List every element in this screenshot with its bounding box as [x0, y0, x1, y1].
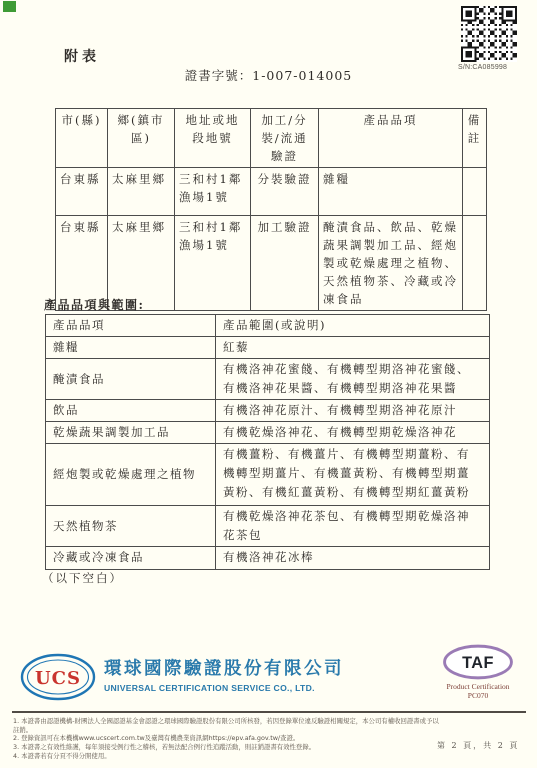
ucs-logo-icon: UCS: [20, 653, 96, 701]
taf-caption: Product Certification PC070: [441, 682, 515, 700]
table-row: 冷藏或冷凍食品 有機洛神花冰棒: [46, 547, 490, 570]
cell-product-scope: 有機洛神花蜜餞、有機轉型期洛神花蜜餞、有機洛神花果醬、有機轉型期洛神花果醬: [216, 359, 490, 400]
cell-product-item: 乾燥蔬果調製加工品: [46, 422, 216, 444]
company-name-block: 環球國際驗證股份有限公司 UNIVERSAL CERTIFICATION SER…: [104, 655, 344, 693]
cell-products: 醃漬食品、飲品、乾燥蔬果調製加工品、經炮製或乾燥處理之植物、天然植物茶、冷藏或冷…: [319, 216, 463, 311]
ucs-logo-text: UCS: [35, 668, 81, 689]
header-verification: 加工/分裝/流通驗證: [251, 109, 319, 168]
cell-product-scope: 有機洛神花冰棒: [216, 547, 490, 570]
taf-logo-text: TAF: [462, 654, 494, 672]
header-product-item: 產品品項: [46, 315, 216, 337]
cell-verification: 分裝驗證: [251, 168, 319, 216]
page-number: 第 2 頁，共 2 頁: [437, 740, 519, 751]
cell-address: 三和村1鄰漁場1號: [175, 168, 251, 216]
header-products: 產品品項: [319, 109, 463, 168]
header-product-scope: 產品範圍(或說明): [216, 315, 490, 337]
table-row: 飲品 有機洛神花原汁、有機轉型期洛神花原汁: [46, 400, 490, 422]
footnote-1: 1. 本證書由認證機構-財團法人全國認證基金會認證之環球國際驗證股份有限公司所核…: [13, 717, 443, 734]
cell-product-scope: 有機薑粉、有機薑片、有機轉型期薑粉、有機轉型期薑片、有機薑黃粉、有機轉型期薑黃粉…: [216, 444, 490, 506]
header-township: 鄉(鎮市區): [108, 109, 175, 168]
cell-product-item: 冷藏或冷凍食品: [46, 547, 216, 570]
cell-address: 三和村1鄰漁場1號: [175, 216, 251, 311]
cell-verification: 加工驗證: [251, 216, 319, 311]
cell-product-item: 天然植物茶: [46, 506, 216, 547]
taf-logo-icon: TAF: [442, 644, 514, 680]
cell-product-scope: 紅藜: [216, 337, 490, 359]
scope-table-header-row: 產品品項 產品範圍(或說明): [46, 315, 490, 337]
qr-code-graphic: [461, 6, 517, 62]
scope-section-title: 產品品項與範圍:: [44, 296, 144, 313]
site-table-header-row: 市(縣) 鄉(鎮市區) 地址或地段地號 加工/分裝/流通驗證 產品品項 備註: [56, 109, 487, 168]
ucs-logo: UCS: [20, 653, 96, 701]
cell-product-item: 雜糧: [46, 337, 216, 359]
table-row: 醃漬食品 有機洛神花蜜餞、有機轉型期洛神花蜜餞、有機洛神花果醬、有機轉型期洛神花…: [46, 359, 490, 400]
header-county: 市(縣): [56, 109, 108, 168]
company-name-zh: 環球國際驗證股份有限公司: [104, 655, 344, 680]
taf-caption-line2: PC070: [441, 691, 515, 700]
appendix-title: 附表: [64, 46, 100, 66]
cell-county: 台東縣: [56, 168, 108, 216]
table-row: 雜糧 紅藜: [46, 337, 490, 359]
cell-product-item: 醃漬食品: [46, 359, 216, 400]
qr-code: [461, 6, 517, 62]
green-corner-mark: [3, 1, 16, 12]
footer-divider: [12, 711, 526, 713]
site-table: 市(縣) 鄉(鎮市區) 地址或地段地號 加工/分裝/流通驗證 產品品項 備註 台…: [55, 108, 487, 311]
cell-note: [463, 216, 487, 311]
scope-table: 產品品項 產品範圍(或說明) 雜糧 紅藜 醃漬食品 有機洛神花蜜餞、有機轉型期洛…: [45, 314, 490, 570]
cell-products: 雜糧: [319, 168, 463, 216]
blank-below-note: （以下空白）: [42, 570, 123, 586]
cell-note: [463, 168, 487, 216]
table-row: 經炮製或乾燥處理之植物 有機薑粉、有機薑片、有機轉型期薑粉、有機轉型期薑片、有機…: [46, 444, 490, 506]
table-row: 天然植物茶 有機乾燥洛神花茶包、有機轉型期乾燥洛神花茶包: [46, 506, 490, 547]
table-row: 乾燥蔬果調製加工品 有機乾燥洛神花、有機轉型期乾燥洛神花: [46, 422, 490, 444]
cell-product-scope: 有機洛神花原汁、有機轉型期洛神花原汁: [216, 400, 490, 422]
cell-township: 太麻里鄉: [108, 168, 175, 216]
footnote-2: 2. 登錄資訊可在本機構www.ucscert.com.tw及臺灣有機農業資訊網…: [13, 734, 443, 743]
company-name-en: UNIVERSAL CERTIFICATION SERVICE CO., LTD…: [104, 683, 344, 693]
footnote-3: 3. 本證書之有效性維護，每年須接受例行性之稽核，若無法配合例行性追蹤活動，則註…: [13, 743, 443, 752]
cell-product-scope: 有機乾燥洛神花茶包、有機轉型期乾燥洛神花茶包: [216, 506, 490, 547]
cell-product-item: 飲品: [46, 400, 216, 422]
cell-product-scope: 有機乾燥洛神花、有機轉型期乾燥洛神花: [216, 422, 490, 444]
footnotes: 1. 本證書由認證機構-財團法人全國認證基金會認證之環球國際驗證股份有限公司所核…: [13, 717, 443, 761]
cell-product-item: 經炮製或乾燥處理之植物: [46, 444, 216, 506]
table-row: 台東縣 太麻里鄉 三和村1鄰漁場1號 分裝驗證 雜糧: [56, 168, 487, 216]
certificate-number: 證書字號：1-007-014005: [0, 66, 537, 84]
header-address: 地址或地段地號: [175, 109, 251, 168]
taf-logo: TAF Product Certification PC070: [441, 644, 515, 700]
footnote-4: 4. 本證書若有分頁不得分開使用。: [13, 752, 443, 761]
header-note: 備註: [463, 109, 487, 168]
taf-caption-line1: Product Certification: [441, 682, 515, 691]
